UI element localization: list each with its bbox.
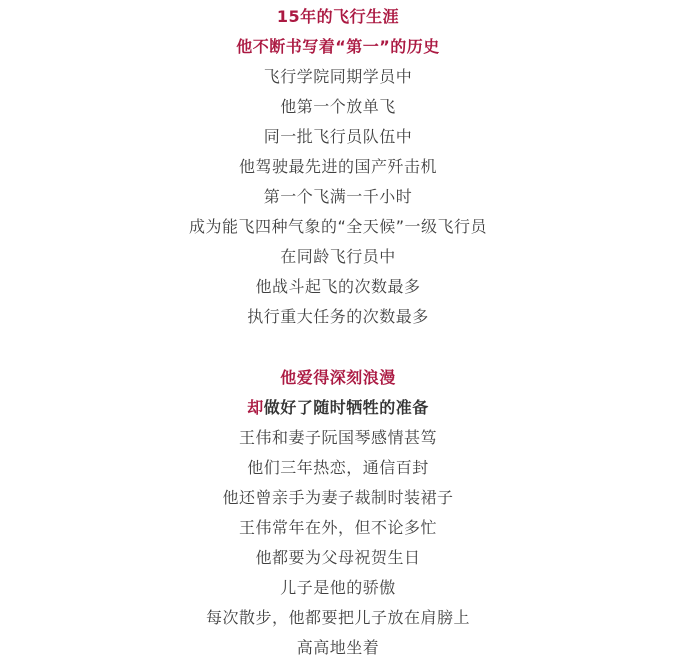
article-body: 15年的飞行生涯 他不断书写着“第一”的历史 飞行学院同期学员中 他第一个放单飞… [0,0,676,663]
paragraph-line: 成为能飞四种气象的“全天候”一级飞行员 [0,212,676,242]
paragraph-line: 他还曾亲手为妻子裁制时装裙子 [0,483,676,513]
paragraph-line: 王伟常年在外，但不论多忙 [0,513,676,543]
subheading-accent-char: 却 [247,398,264,417]
paragraph-line: 儿子是他的骄傲 [0,573,676,603]
section2-heading: 他爱得深刻浪漫 [0,363,676,393]
paragraph-line: 他们三年热恋，通信百封 [0,453,676,483]
section2-subheading: 却做好了随时牺牲的准备 [0,393,676,423]
paragraph-line: 飞行学院同期学员中 [0,62,676,92]
paragraph-line: 他战斗起飞的次数最多 [0,272,676,302]
paragraph-line: 他都要为父母祝贺生日 [0,543,676,573]
section-spacer [0,332,676,363]
paragraph-line: 执行重大任务的次数最多 [0,302,676,332]
paragraph-line: 每次散步，他都要把儿子放在肩膀上 [0,603,676,633]
paragraph-line: 他驾驶最先进的国产歼击机 [0,152,676,182]
subheading-rest: 做好了随时牺牲的准备 [264,398,429,417]
paragraph-line: 在同龄飞行员中 [0,242,676,272]
paragraph-line: 第一个飞满一千小时 [0,182,676,212]
paragraph-line: 他第一个放单飞 [0,92,676,122]
section1-heading-2: 他不断书写着“第一”的历史 [0,32,676,62]
paragraph-line: 同一批飞行员队伍中 [0,122,676,152]
paragraph-line: 高高地坐着 [0,633,676,663]
paragraph-line: 王伟和妻子阮国琴感情甚笃 [0,423,676,453]
section1-heading-1: 15年的飞行生涯 [0,2,676,32]
